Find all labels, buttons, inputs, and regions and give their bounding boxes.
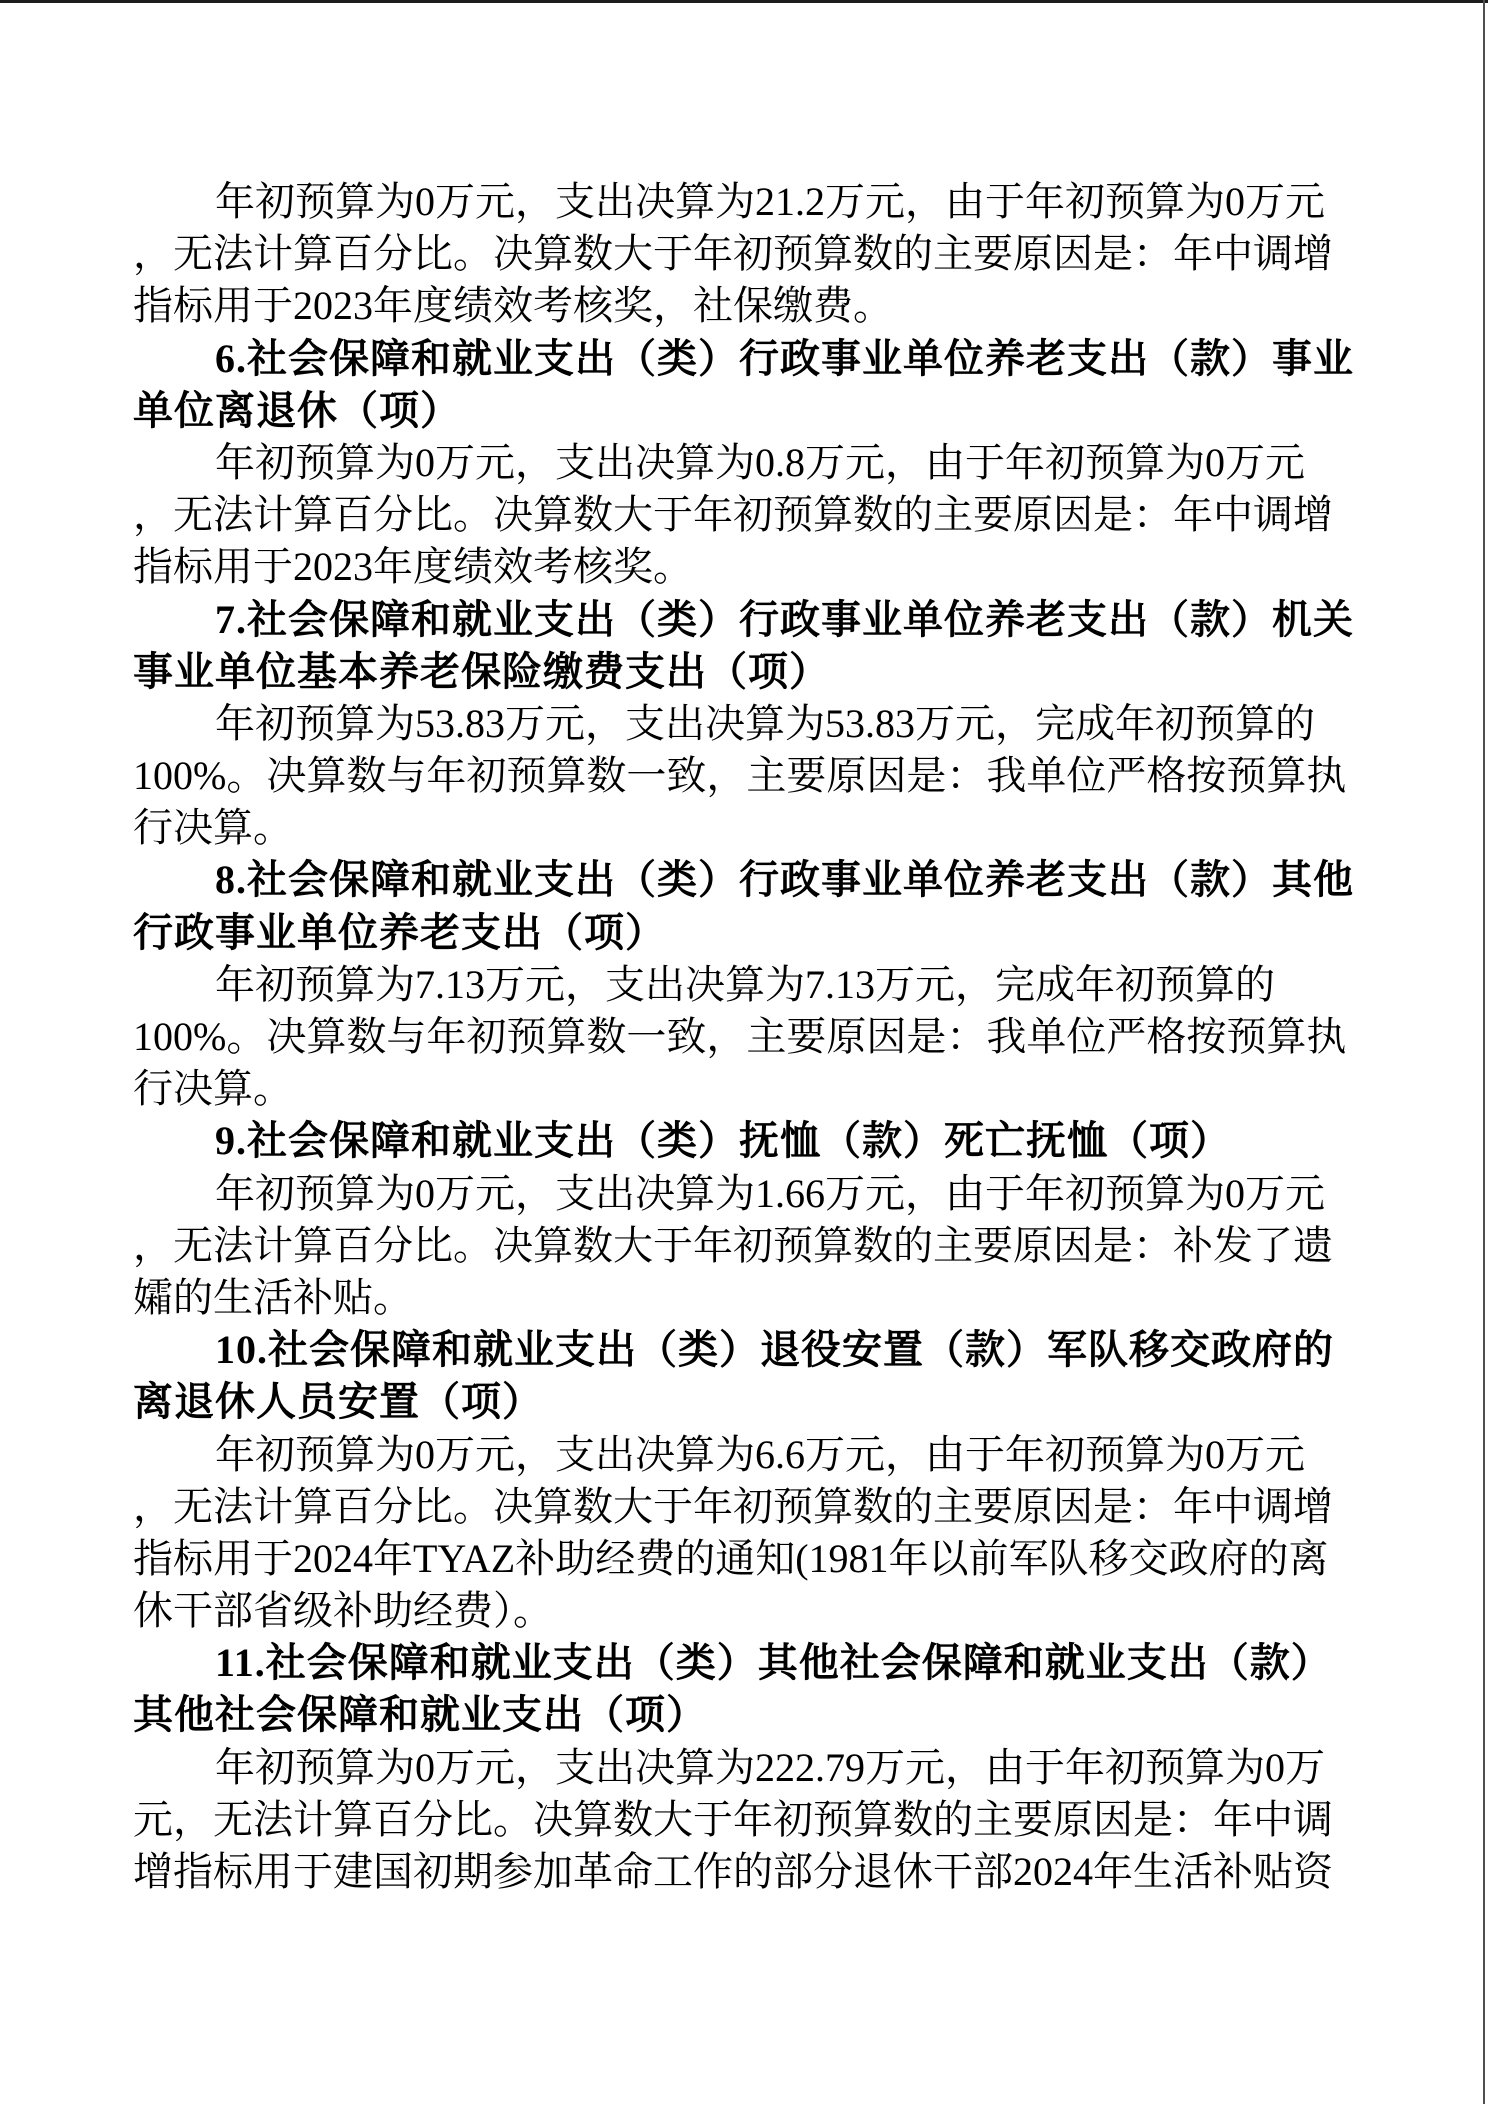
item-6-heading-line-2: 单位离退休（项） xyxy=(133,385,1345,437)
item-8-body-line-3: 行决算。 xyxy=(133,1063,1345,1115)
item-5-continuation-line-3: 指标用于2023年度绩效考核奖，社保缴费。 xyxy=(133,280,1345,332)
item-7-body-line-3: 行决算。 xyxy=(133,802,1345,854)
document-content: 年初预算为0万元，支出决算为21.2万元，由于年初预算为0万元，无法计算百分比。… xyxy=(133,176,1345,1898)
item-10-body-line-3: 指标用于2024年TYAZ补助经费的通知(1981年以前军队移交政府的离 xyxy=(133,1533,1345,1585)
page-right-border-line xyxy=(1483,0,1485,2104)
item-5-continuation-line-2: ，无法计算百分比。决算数大于年初预算数的主要原因是：年中调增 xyxy=(133,228,1345,280)
item-6-body-line-2: ，无法计算百分比。决算数大于年初预算数的主要原因是：年中调增 xyxy=(133,489,1345,541)
item-7-body-line-1: 年初预算为53.83万元，支出决算为53.83万元，完成年初预算的 xyxy=(133,698,1345,750)
item-10-heading-line-2: 离退休人员安置（项） xyxy=(133,1376,1345,1428)
item-11-body-line-1: 年初预算为0万元，支出决算为222.79万元，由于年初预算为0万 xyxy=(133,1742,1345,1794)
item-9-heading-line-1: 9.社会保障和就业支出（类）抚恤（款）死亡抚恤（项） xyxy=(133,1115,1345,1167)
item-11-heading-line-2: 其他社会保障和就业支出（项） xyxy=(133,1689,1345,1741)
page-top-border-line xyxy=(0,0,1488,3)
item-6-body-line-3: 指标用于2023年度绩效考核奖。 xyxy=(133,541,1345,593)
item-8-body-line-1: 年初预算为7.13万元，支出决算为7.13万元，完成年初预算的 xyxy=(133,959,1345,1011)
item-11-body-line-3: 增指标用于建国初期参加革命工作的部分退休干部2024年生活补贴资 xyxy=(133,1846,1345,1898)
item-8-heading-line-2: 行政事业单位养老支出（项） xyxy=(133,907,1345,959)
item-6-heading-line-1: 6.社会保障和就业支出（类）行政事业单位养老支出（款）事业 xyxy=(133,333,1345,385)
item-10-heading-line-1: 10.社会保障和就业支出（类）退役安置（款）军队移交政府的 xyxy=(133,1324,1345,1376)
item-8-heading-line-1: 8.社会保障和就业支出（类）行政事业单位养老支出（款）其他 xyxy=(133,854,1345,906)
document-page: 年初预算为0万元，支出决算为21.2万元，由于年初预算为0万元，无法计算百分比。… xyxy=(0,0,1488,2104)
item-7-heading-line-2: 事业单位基本养老保险缴费支出（项） xyxy=(133,646,1345,698)
item-10-body-line-1: 年初预算为0万元，支出决算为6.6万元，由于年初预算为0万元 xyxy=(133,1429,1345,1481)
item-10-body-line-2: ，无法计算百分比。决算数大于年初预算数的主要原因是：年中调增 xyxy=(133,1481,1345,1533)
item-11-heading-line-1: 11.社会保障和就业支出（类）其他社会保障和就业支出（款） xyxy=(133,1637,1345,1689)
item-9-body-line-3: 孀的生活补贴。 xyxy=(133,1272,1345,1324)
item-8-body-line-2: 100%。决算数与年初预算数一致，主要原因是：我单位严格按预算执 xyxy=(133,1011,1345,1063)
item-9-body-line-2: ，无法计算百分比。决算数大于年初预算数的主要原因是：补发了遗 xyxy=(133,1220,1345,1272)
item-10-body-line-4: 休干部省级补助经费）。 xyxy=(133,1585,1345,1637)
item-9-body-line-1: 年初预算为0万元，支出决算为1.66万元，由于年初预算为0万元 xyxy=(133,1168,1345,1220)
item-6-body-line-1: 年初预算为0万元，支出决算为0.8万元，由于年初预算为0万元 xyxy=(133,437,1345,489)
item-7-body-line-2: 100%。决算数与年初预算数一致，主要原因是：我单位严格按预算执 xyxy=(133,750,1345,802)
item-5-continuation-line-1: 年初预算为0万元，支出决算为21.2万元，由于年初预算为0万元 xyxy=(133,176,1345,228)
item-7-heading-line-1: 7.社会保障和就业支出（类）行政事业单位养老支出（款）机关 xyxy=(133,594,1345,646)
item-11-body-line-2: 元，无法计算百分比。决算数大于年初预算数的主要原因是：年中调 xyxy=(133,1794,1345,1846)
